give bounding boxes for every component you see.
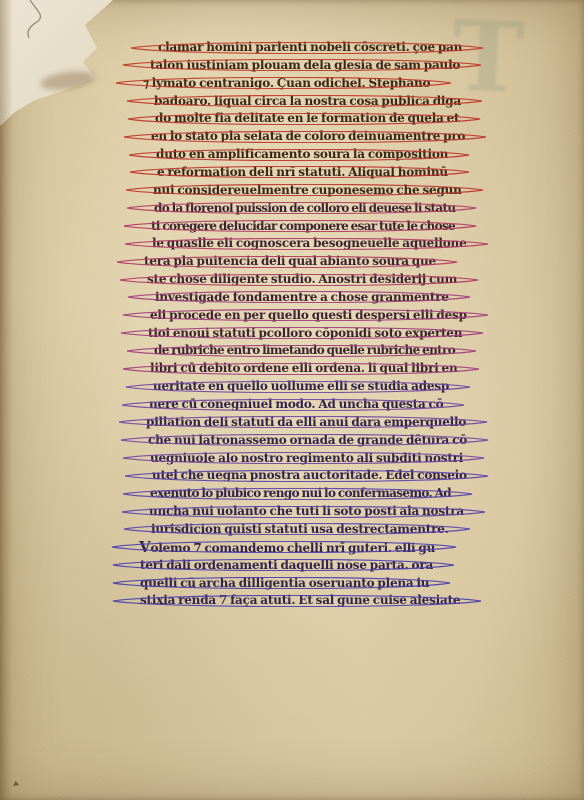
manuscript-line: teri dali ordenamenti daquelli nōse part…: [140, 558, 433, 572]
manuscript-line: Volemo 7 comandemo chelli nrī guteri. el…: [139, 540, 435, 555]
manuscript-line: exenuto lo plubico rengo nui lo conferma…: [150, 486, 451, 500]
manuscript-line: uncha nui uolanto che tuti li soto posti…: [149, 504, 464, 518]
manuscript-line: stixia renda 7 faça atuti. Et sal gune c…: [140, 593, 460, 607]
manuscript-line: ⁊ lymato centranigo. Çuan odichel. Steph…: [143, 76, 430, 90]
ink-speck: [13, 781, 19, 786]
manuscript-line: eli procede en per quello questi despers…: [150, 308, 467, 322]
manuscript-line: do molte fia delitate en le formation de…: [155, 111, 459, 125]
manuscript-line: ueritate en quello uollume elli se studi…: [153, 379, 449, 393]
manuscript-page: T clamar homini parlenti nobeli cōscreti…: [0, 0, 584, 800]
manuscript-line: e reformation deli nrī statuti. Aliqual …: [157, 165, 448, 179]
manuscript-line: iurisdicion quisti statuti usa destrecta…: [151, 522, 449, 536]
manuscript-line: badoaro. liqual circa la nostra cosa pub…: [154, 94, 461, 108]
text-block: clamar homini parlenti nobeli cōscreti. …: [0, 0, 584, 660]
manuscript-line: utel che uegna pnostra auctoritade. Edel…: [152, 468, 467, 482]
manuscript-line: ste chose diligente studio. Anostri desi…: [147, 272, 457, 286]
manuscript-line: talon iustiniam plouam dela glesia de sa…: [150, 58, 460, 72]
manuscript-line: libri cū debito ordene elli ordena. li q…: [150, 361, 458, 375]
manuscript-line: clamar homini parlenti nobeli cōscreti. …: [158, 40, 462, 54]
manuscript-line: nui considereuelmentre cuponesemo che se…: [153, 183, 462, 197]
manuscript-line: de rubriche entro limetando quelle rubri…: [154, 343, 455, 357]
manuscript-line: investigade fondamentre a chose granment…: [155, 290, 449, 304]
manuscript-line: tera pla puitencia deli qual abianto sou…: [144, 254, 436, 268]
manuscript-line: nere cū conegniuel modo. Ad uncha questa…: [149, 397, 443, 411]
manuscript-line: tioi enoui statuti pcolloro cōponidi sot…: [148, 326, 462, 340]
manuscript-line: en lo stato pla selata de coloro deinuam…: [151, 129, 465, 143]
manuscript-line: duto en amplificamento soura la composit…: [156, 147, 448, 161]
manuscript-line: ti coregere delucidar componere esar tut…: [151, 219, 455, 233]
manuscript-line: le quaslle eli cognoscera besogneuelle a…: [152, 236, 467, 250]
manuscript-line: uegniuole alo nostro regimento ali subdi…: [150, 451, 463, 465]
manuscript-line: pillation deli statuti da elli anui dara…: [146, 415, 466, 429]
manuscript-line: che nui latronassemo ornada de grande dē…: [148, 433, 467, 447]
manuscript-line: do la florenol puission de colloro eli d…: [154, 201, 455, 215]
manuscript-line: quelli cū archa dilligentia oseruanto pl…: [140, 576, 429, 590]
